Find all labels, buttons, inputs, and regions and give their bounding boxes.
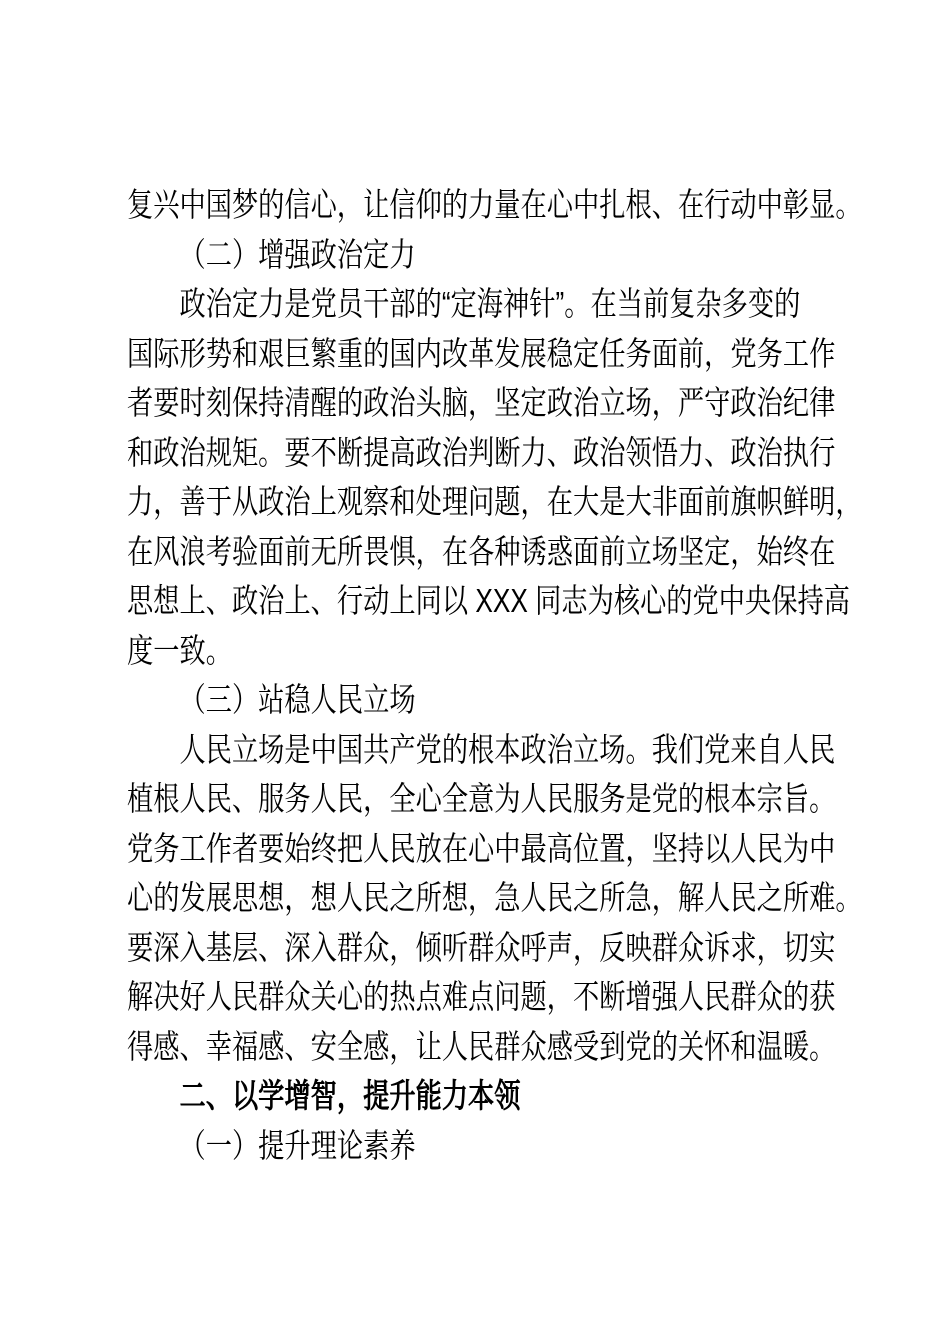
- document-page: 复兴中国梦的信心，让信仰的力量在心中扎根、在行动中彰显。 （二）增强政治定力 政…: [0, 0, 950, 1344]
- subheading-section-3-people-stance: （三）站稳人民立场: [127, 675, 874, 725]
- section-heading-2-learning-ability: 二、以学增智，提升能力本领: [127, 1071, 874, 1121]
- document-text-block: 复兴中国梦的信心，让信仰的力量在心中扎根、在行动中彰显。 （二）增强政治定力 政…: [127, 180, 874, 1170]
- subheading-section-1-theoretical-literacy: （一）提升理论素养: [127, 1121, 874, 1171]
- subheading-section-2-strengthen-political-resolve: （二）增强政治定力: [127, 230, 874, 280]
- paragraph-continuation: 复兴中国梦的信心，让信仰的力量在心中扎根、在行动中彰显。: [127, 180, 874, 230]
- paragraph-political-resolve-body: 政治定力是党员干部的“定海神针”。在当前复杂多变的 国际形势和艰巨繁重的国内改革…: [127, 279, 874, 675]
- paragraph-people-stance-body: 人民立场是中国共产党的根本政治立场。我们党来自人民 植根人民、服务人民，全心全意…: [127, 725, 874, 1072]
